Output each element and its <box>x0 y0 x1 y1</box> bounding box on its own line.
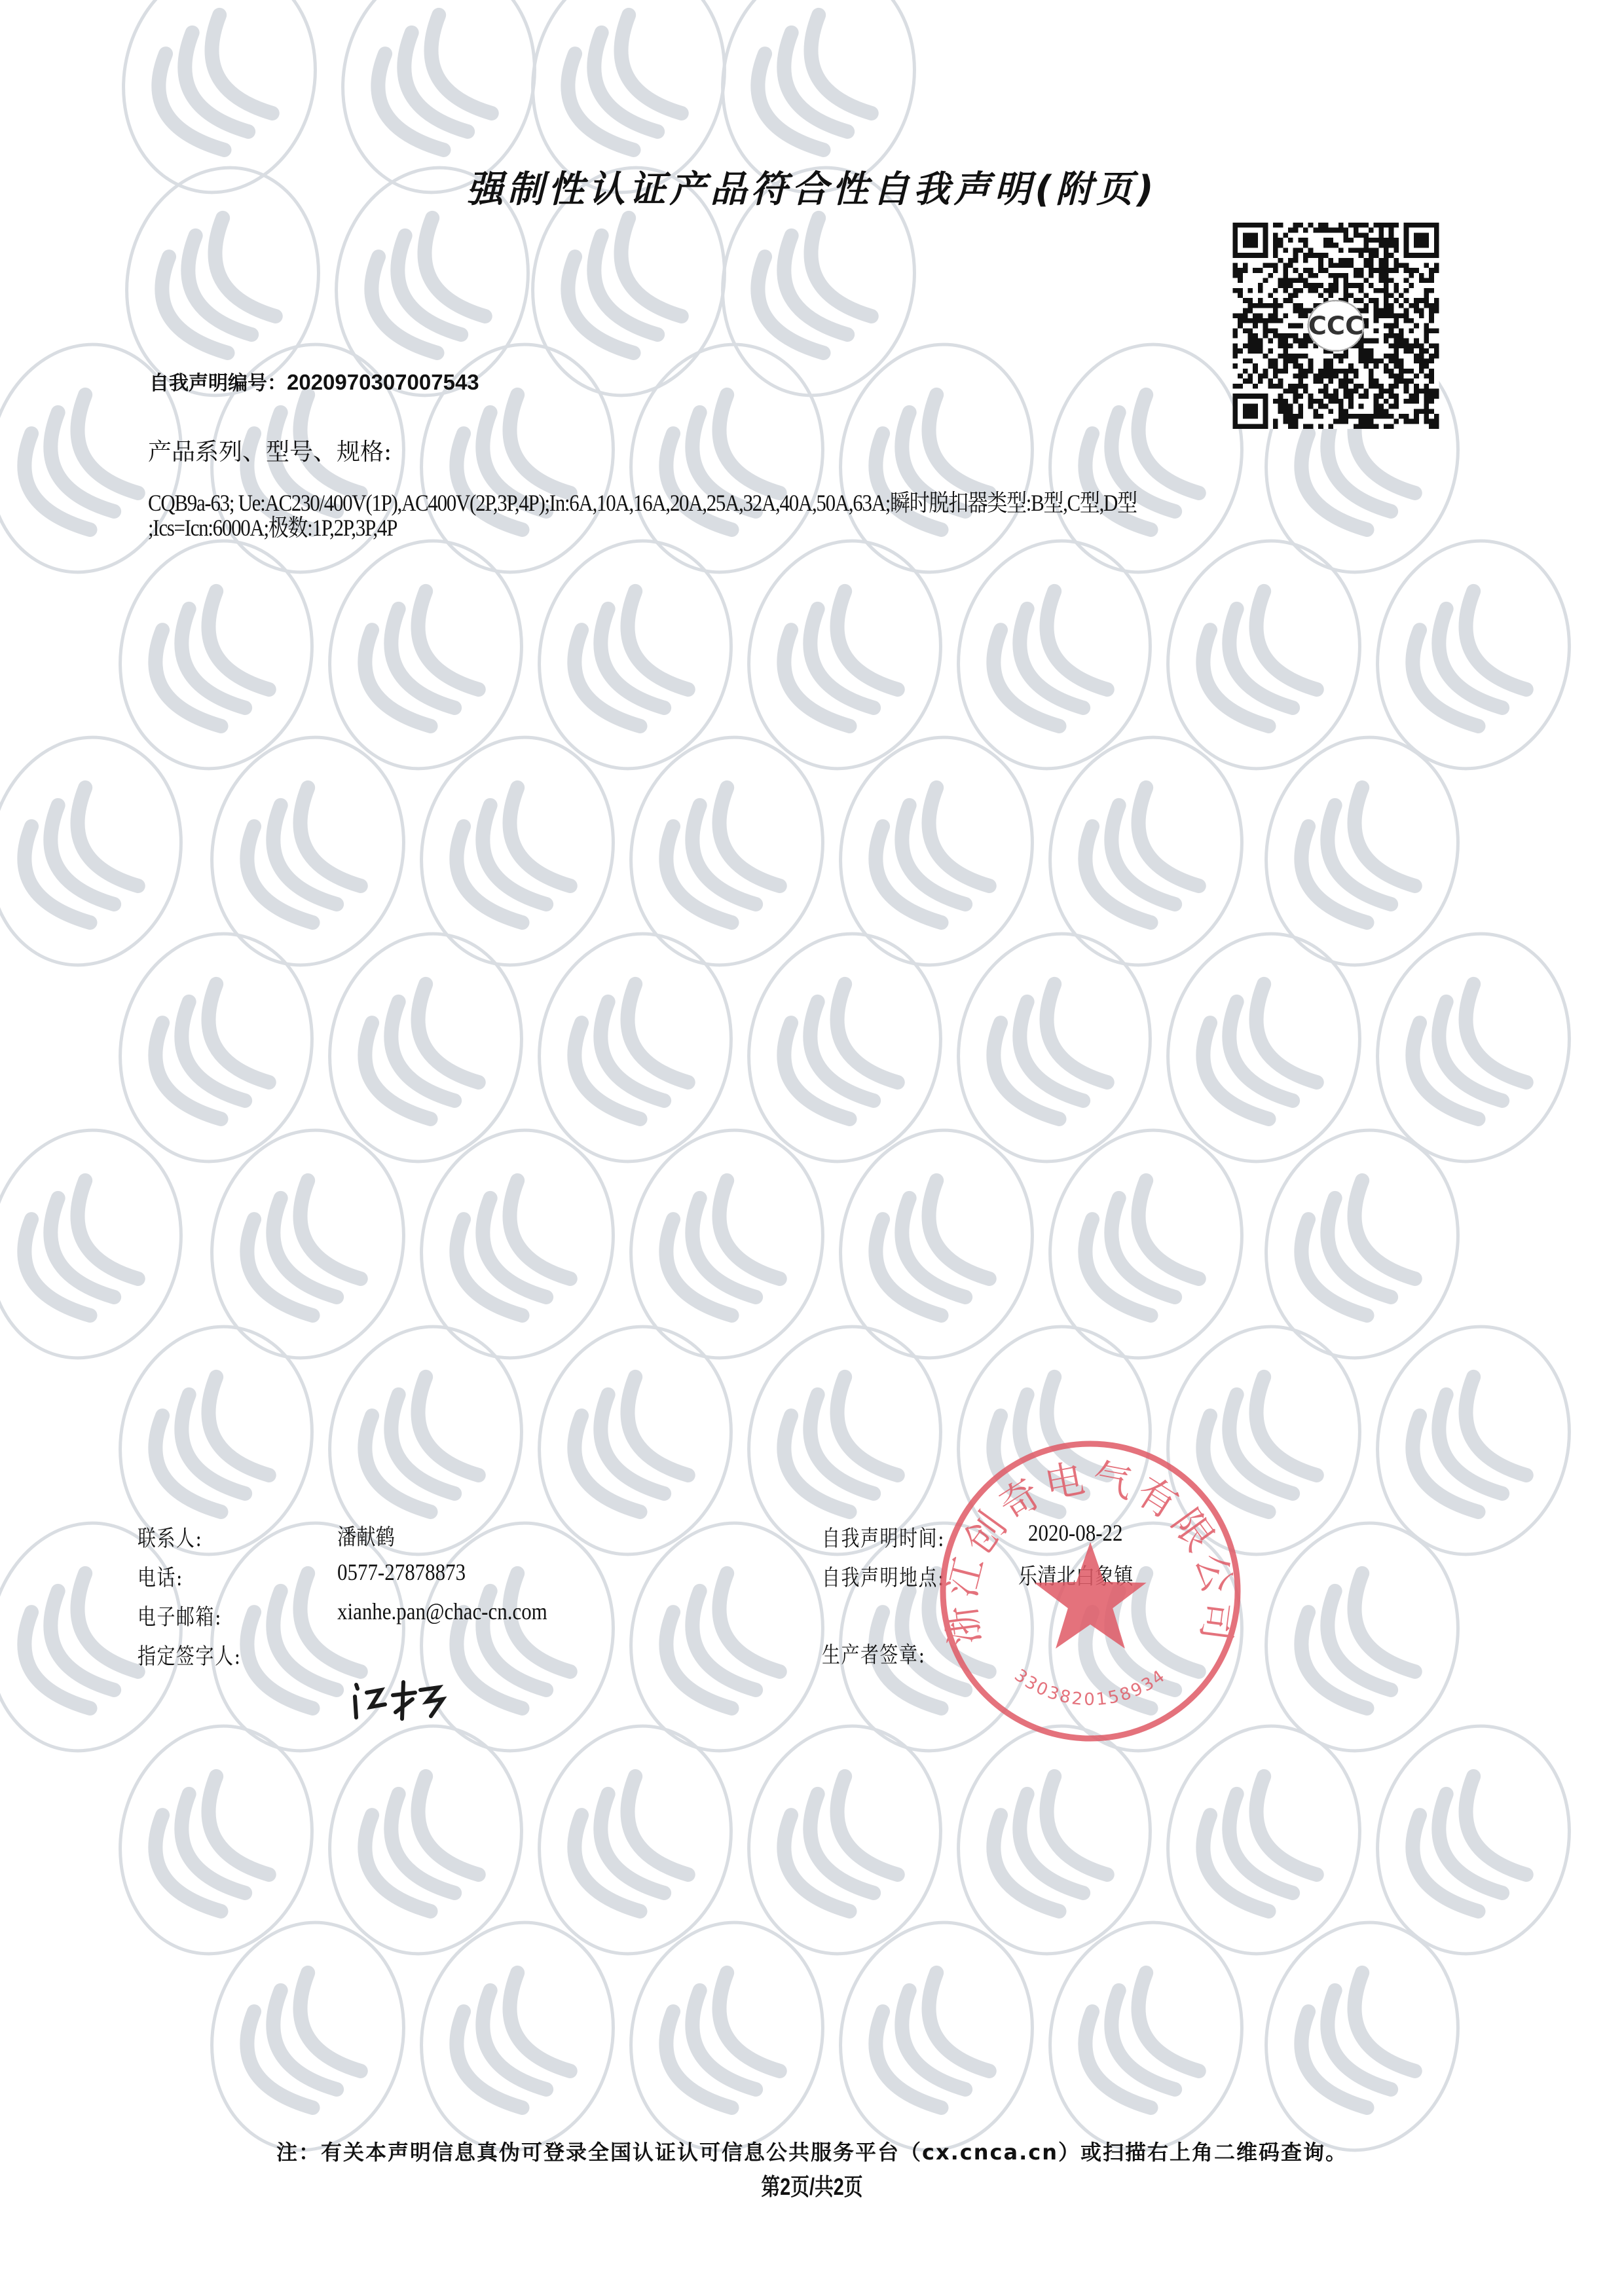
footer-note: 注：有关本声明信息真伪可登录全国认证认可信息公共服务平台（cx.cnca.cn）… <box>0 2136 1624 2166</box>
declaration-time-label: 自我声明时间: <box>822 1520 945 1552</box>
declaration-place-label: 自我声明地点: <box>822 1560 945 1592</box>
declaration-number: 自我声明编号：2020970307007543 <box>149 367 479 395</box>
phone-value: 0577-27878873 <box>337 1558 466 1586</box>
document-page: 强制性认证产品符合性自我声明(附页) 自我声明编号：20209703070075… <box>0 0 1624 2295</box>
company-seal-stamp: 浙江创奇电气有限公司3303820158934 <box>936 1437 1244 1745</box>
signatory-label: 指定签字人: <box>138 1638 242 1670</box>
producer-seal-label: 生产者签章: <box>822 1637 926 1669</box>
product-spec-label: 产品系列、型号、规格: <box>148 433 392 467</box>
phone-label: 电话: <box>138 1560 183 1592</box>
declaration-number-label: 自我声明编号： <box>149 372 287 395</box>
page-title: 强制性认证产品符合性自我声明(附页) <box>0 160 1624 213</box>
contact-person-value: 潘献鹤 <box>337 1519 395 1551</box>
signature <box>347 1673 465 1725</box>
product-spec-line-2: ;Ics=Icn:6000A;极数:1P,2P,3P,4P <box>148 509 397 543</box>
svg-text:CCC: CCC <box>1308 312 1364 341</box>
svg-text:3303820158934: 3303820158934 <box>1010 1666 1170 1710</box>
qr-code-icon[interactable]: CCC <box>1231 223 1441 429</box>
email-value: xianhe.pan@chac-cn.com <box>337 1598 547 1625</box>
declaration-number-value: 2020970307007543 <box>287 370 479 394</box>
page-number: 第2页/共2页 <box>162 2169 1462 2202</box>
contact-person-label: 联系人: <box>138 1520 203 1552</box>
email-label: 电子邮箱: <box>138 1599 222 1631</box>
